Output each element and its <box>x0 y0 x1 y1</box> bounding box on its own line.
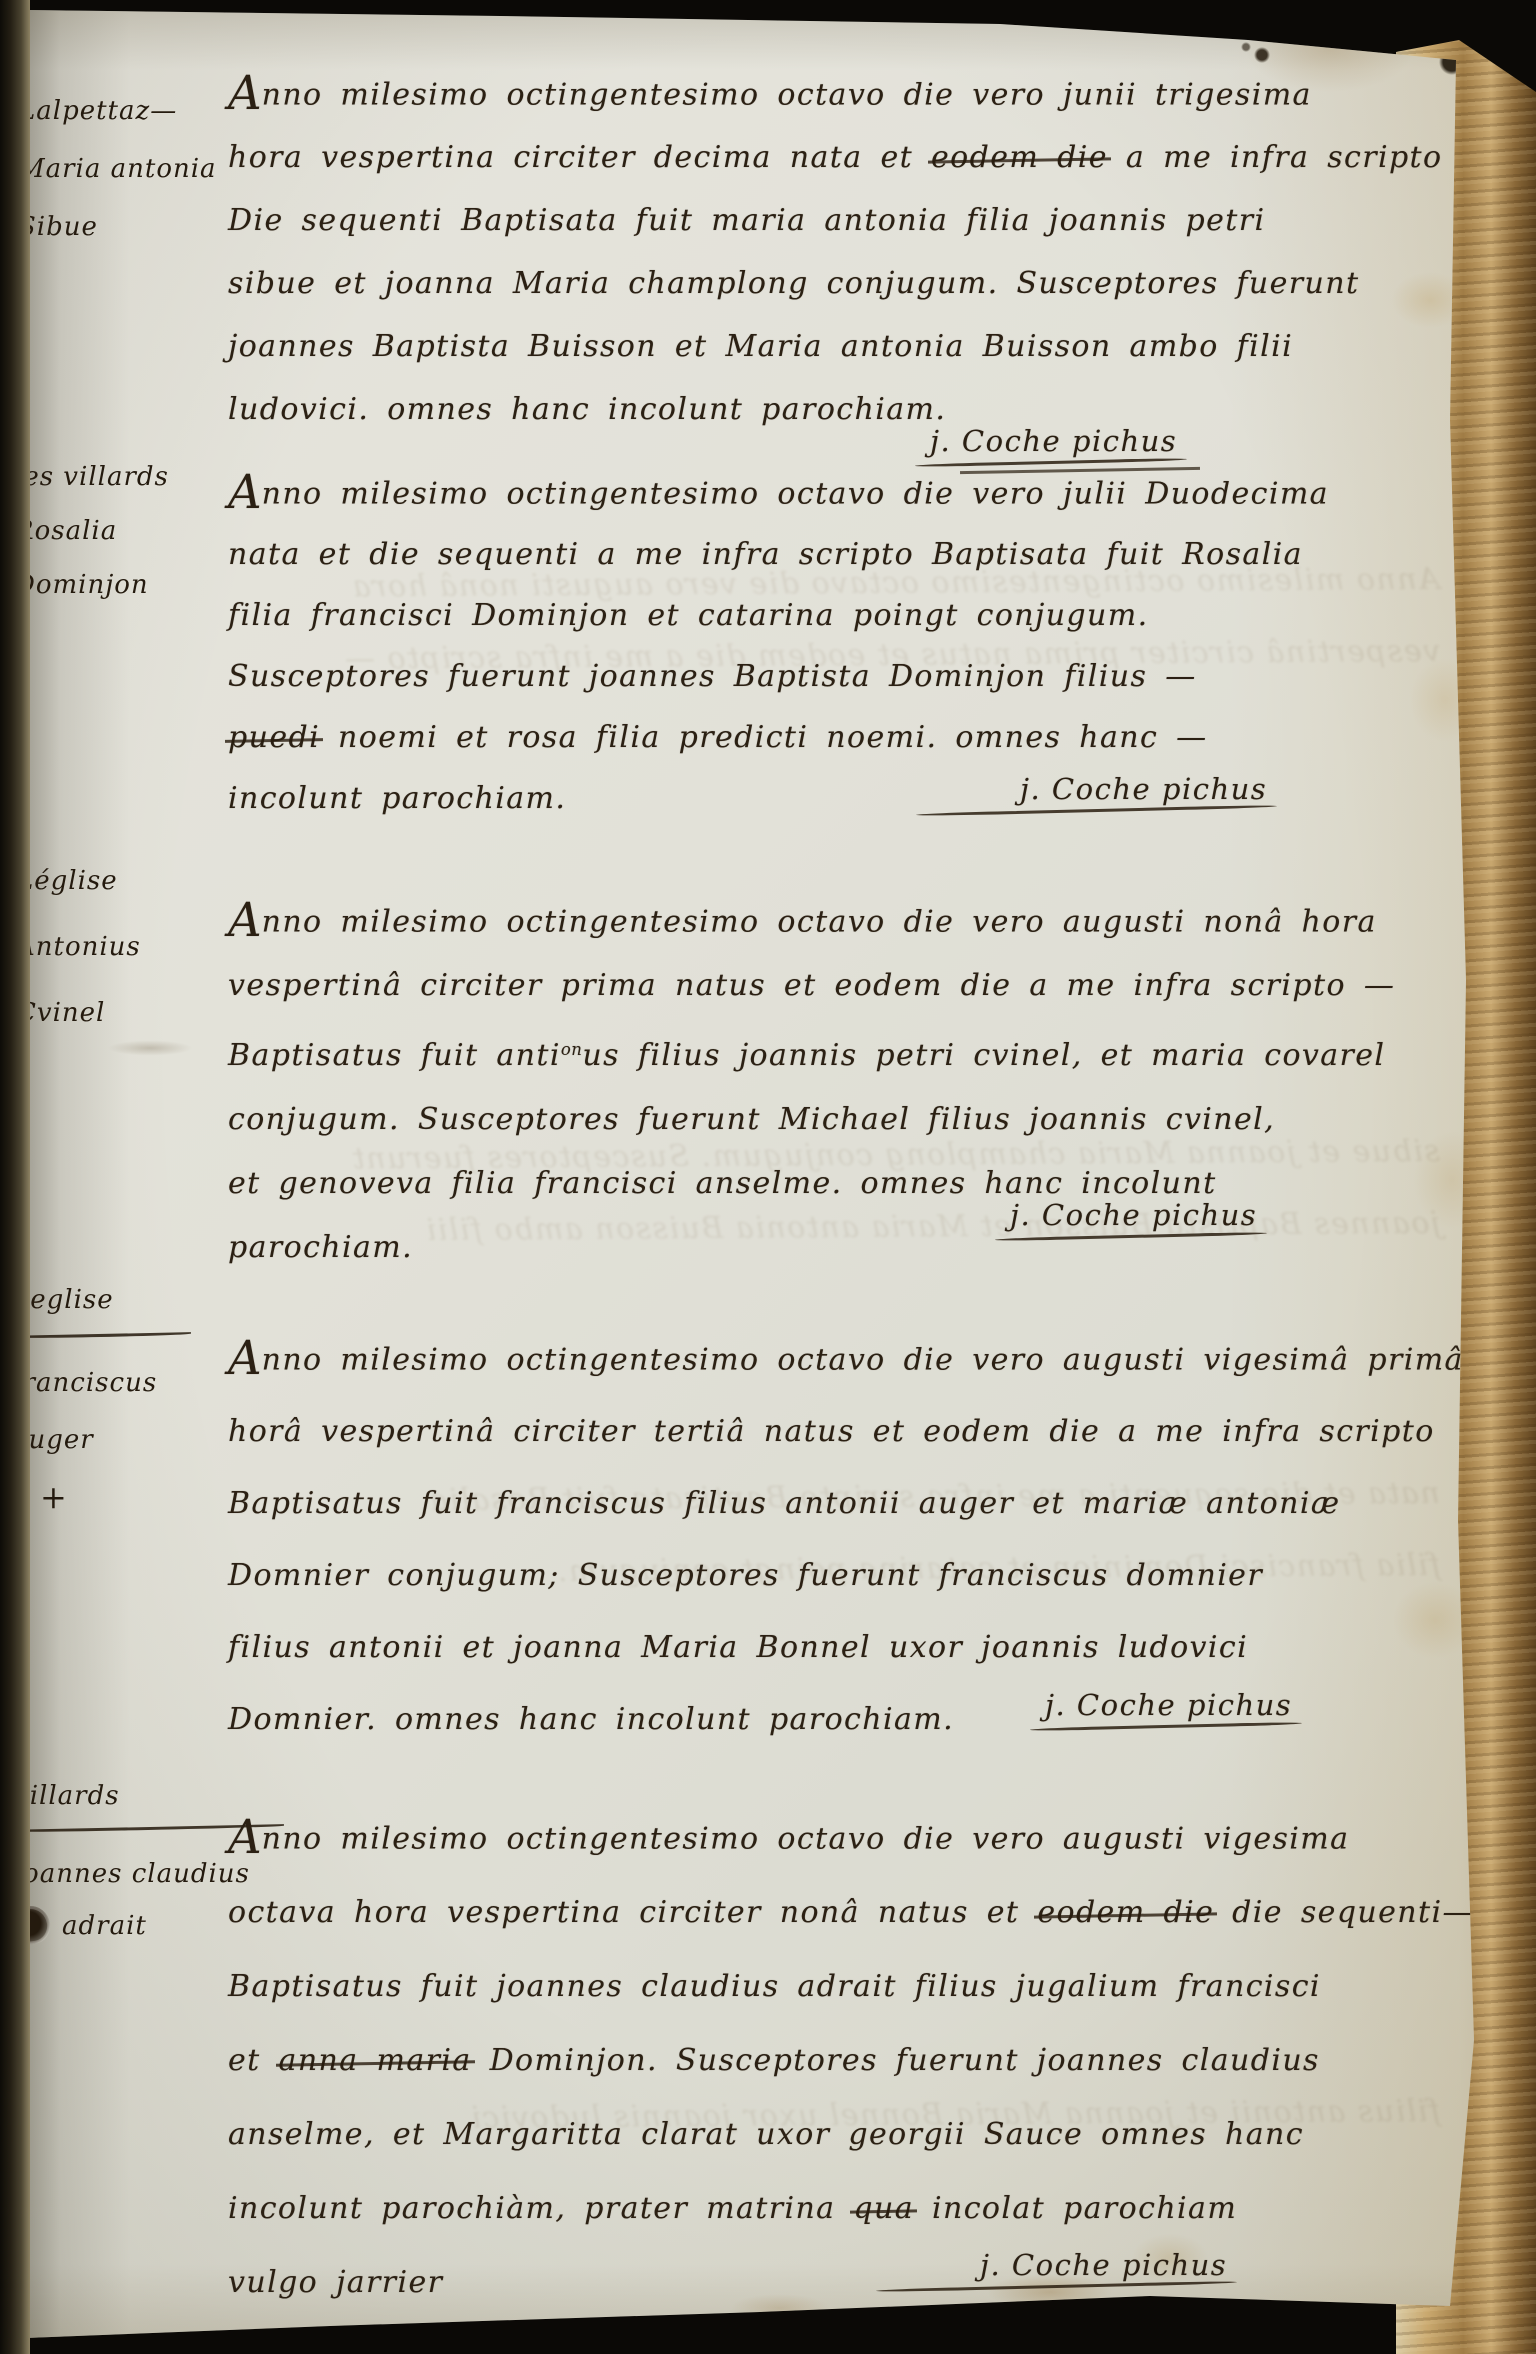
struck-text: eodem die <box>931 140 1108 175</box>
record-text: incolat parochiam <box>914 2191 1237 2226</box>
margin-note: villardsjoannes claudiusadrait <box>14 1770 250 1952</box>
record-text: noemi et rosa filia predicti noemi. omne… <box>320 720 1207 755</box>
record-text: Domnier conjugum; Susceptores fuerunt fr… <box>228 1558 1263 1593</box>
record-line: filia francisci Dominjon et catarina poi… <box>228 585 1468 646</box>
record-text: Susceptores fuerunt joannes Baptista Dom… <box>228 659 1197 694</box>
struck-text: puedi <box>228 720 320 755</box>
record-text: anselme, et Margaritta clarat uxor georg… <box>228 2117 1304 2152</box>
record-line: filius antonii et joanna Maria Bonnel ux… <box>228 1612 1468 1684</box>
priest-signature: j. Coche pichus <box>1020 772 1267 806</box>
priest-signature: j. Coche pichus <box>1045 1688 1292 1722</box>
record-text: parochiam. <box>228 1230 413 1265</box>
struck-text: eodem die <box>1037 1895 1214 1930</box>
record-line: hora vespertina circiter decima nata et … <box>228 126 1468 189</box>
initial-letter: A <box>228 465 262 519</box>
initial-letter: A <box>228 66 262 120</box>
record-line: sibue et joanna Maria champlong conjugum… <box>228 252 1468 315</box>
record-text: a me infra scripto <box>1108 140 1443 175</box>
record-text: nno milesimo octingentesimo octavo die v… <box>262 1342 1464 1377</box>
record-text: vulgo jarrier <box>228 2265 443 2300</box>
priest-signature: j. Coche pichus <box>930 424 1177 458</box>
record-text: die sequenti— <box>1214 1895 1474 1930</box>
priest-signature: j. Coche pichus <box>980 2248 1227 2282</box>
record-line: vulgo jarrier <box>228 2246 1468 2320</box>
record-text: joannes Baptista Buisson et Maria antoni… <box>228 329 1293 364</box>
record-paragraph: Anno milesimo octingentesimo octavo die … <box>228 462 1468 829</box>
record-line: incolunt parochiam. <box>228 768 1468 829</box>
book-spine <box>0 0 30 2354</box>
margin-name-line: Antonius <box>16 914 141 980</box>
record-text: nata et die sequenti a me infra scripto … <box>228 537 1303 572</box>
superscript-text: on <box>561 1040 583 1059</box>
margin-name-line: villards <box>14 1770 250 1822</box>
record-line: et genoveva filia francisci anselme. omn… <box>228 1152 1468 1216</box>
record-text: Baptisatus fuit anti <box>228 1038 561 1073</box>
record-text: Die sequenti Baptisata fuit maria antoni… <box>228 203 1265 238</box>
record-text: filius antonii et joanna Maria Bonnel ux… <box>228 1630 1248 1665</box>
initial-letter: A <box>228 1331 262 1385</box>
record-line: Anno milesimo octingentesimo octavo die … <box>228 462 1468 524</box>
margin-name-line: les villards <box>14 450 169 504</box>
record-line: Baptisatus fuit franciscus filius antoni… <box>228 1468 1468 1540</box>
record-line: vespertinâ circiter prima natus et eodem… <box>228 954 1468 1018</box>
record-line: ludovici. omnes hanc incolunt parochiam. <box>228 378 1468 441</box>
initial-letter: A <box>228 893 262 947</box>
register-page-photo: Anno milesimo octingentesimo octavo die … <box>0 0 1536 2354</box>
record-line: Domnier conjugum; Susceptores fuerunt fr… <box>228 1540 1468 1612</box>
record-text: horâ vespertinâ circiter tertiâ natus et… <box>228 1414 1435 1449</box>
record-line: Anno milesimo octingentesimo octavo die … <box>228 1800 1468 1876</box>
record-text: Baptisatus fuit franciscus filius antoni… <box>228 1486 1340 1521</box>
record-line: anselme, et Margaritta clarat uxor georg… <box>228 2098 1468 2172</box>
record-text: Baptisatus fuit joannes claudius adrait … <box>228 1969 1321 2004</box>
record-line: Baptisatus fuit joannes claudius adrait … <box>228 1950 1468 2024</box>
manuscript-paper: Anno milesimo octingentesimo octavo die … <box>0 0 1536 2354</box>
record-text: hora vespertina circiter decima nata et <box>228 140 931 175</box>
record-text: incolunt parochiam. <box>228 781 566 816</box>
margin-name-line: franciscus <box>12 1355 157 1412</box>
record-line: octava hora vespertina circiter nonâ nat… <box>228 1876 1468 1950</box>
record-paragraph: Anno milesimo octingentesimo octavo die … <box>228 888 1468 1280</box>
record-text: nno milesimo octingentesimo octavo die v… <box>262 904 1377 939</box>
margin-name-line: Leglise <box>12 1272 157 1329</box>
margin-note: les villardsRosaliaDominjon <box>14 450 169 612</box>
record-line: puedi noemi et rosa filia predicti noemi… <box>228 707 1468 768</box>
margin-name-line: joannes claudius <box>14 1848 250 1900</box>
margin-name-line: Maria antonia <box>18 140 217 198</box>
struck-text: qua <box>853 2191 914 2226</box>
margin-note: Leglisefranciscusauger+ <box>12 1272 157 1526</box>
record-line: et anna maria Dominjon. Susceptores fuer… <box>228 2024 1468 2098</box>
record-text: us filius joannis petri cvinel, et maria… <box>582 1038 1385 1073</box>
record-line: Anno milesimo octingentesimo octavo die … <box>228 888 1468 954</box>
record-line: nata et die sequenti a me infra scripto … <box>228 524 1468 585</box>
record-text: et genoveva filia francisci anselme. omn… <box>228 1166 1217 1201</box>
margin-note: Lalpettaz—Maria antoniaSibue <box>18 82 217 256</box>
record-text: nno milesimo octingentesimo octavo die v… <box>262 1821 1350 1856</box>
record-paragraph: Anno milesimo octingentesimo octavo die … <box>228 1800 1468 2320</box>
record-text: et <box>228 2043 279 2078</box>
margin-name-line: auger <box>12 1412 157 1469</box>
record-text: vespertinâ circiter prima natus et eodem… <box>228 968 1395 1003</box>
record-line: Susceptores fuerunt joannes Baptista Dom… <box>228 646 1468 707</box>
record-line: joannes Baptista Buisson et Maria antoni… <box>228 315 1468 378</box>
record-line: conjugum. Susceptores fuerunt Michael fi… <box>228 1088 1468 1152</box>
margin-note: LégliseAntoniusCvinel <box>16 848 141 1046</box>
cross-mark: + <box>12 1469 157 1526</box>
record-line: Baptisatus fuit antionus filius joannis … <box>228 1018 1468 1088</box>
record-line: incolunt parochiàm, prater matrina qua i… <box>228 2172 1468 2246</box>
struck-text: anna maria <box>279 2043 472 2078</box>
margin-name-line: Dominjon <box>14 558 169 612</box>
record-text: octava hora vespertina circiter nonâ nat… <box>228 1895 1037 1930</box>
margin-name-line: Rosalia <box>14 504 169 558</box>
initial-letter: A <box>228 1810 262 1864</box>
margin-name-line: adrait <box>14 1900 250 1952</box>
priest-signature: j. Coche pichus <box>1010 1198 1257 1232</box>
record-line: Die sequenti Baptisata fuit maria antoni… <box>228 189 1468 252</box>
margin-name-line: Léglise <box>16 848 141 914</box>
record-line: parochiam. <box>228 1216 1468 1280</box>
record-line: horâ vespertinâ circiter tertiâ natus et… <box>228 1396 1468 1468</box>
margin-name-line: Cvinel <box>16 980 141 1046</box>
record-text: Domnier. omnes hanc incolunt parochiam. <box>228 1702 954 1737</box>
margin-name-line: Lalpettaz— <box>18 82 217 140</box>
record-text: Dominjon. Susceptores fuerunt joannes cl… <box>472 2043 1320 2078</box>
record-line: Anno milesimo octingentesimo octavo die … <box>228 62 1468 126</box>
record-text: ludovici. omnes hanc incolunt parochiam. <box>228 392 946 427</box>
record-text: incolunt parochiàm, prater matrina <box>228 2191 853 2226</box>
record-text: filia francisci Dominjon et catarina poi… <box>228 598 1149 633</box>
record-paragraph: Anno milesimo octingentesimo octavo die … <box>228 62 1468 441</box>
record-line: Anno milesimo octingentesimo octavo die … <box>228 1322 1468 1396</box>
margin-name-line: Sibue <box>18 198 217 256</box>
record-text: sibue et joanna Maria champlong conjugum… <box>228 266 1359 301</box>
record-text: nno milesimo octingentesimo octavo die v… <box>262 77 1312 112</box>
record-text: conjugum. Susceptores fuerunt Michael fi… <box>228 1102 1275 1137</box>
record-text: nno milesimo octingentesimo octavo die v… <box>262 476 1329 511</box>
